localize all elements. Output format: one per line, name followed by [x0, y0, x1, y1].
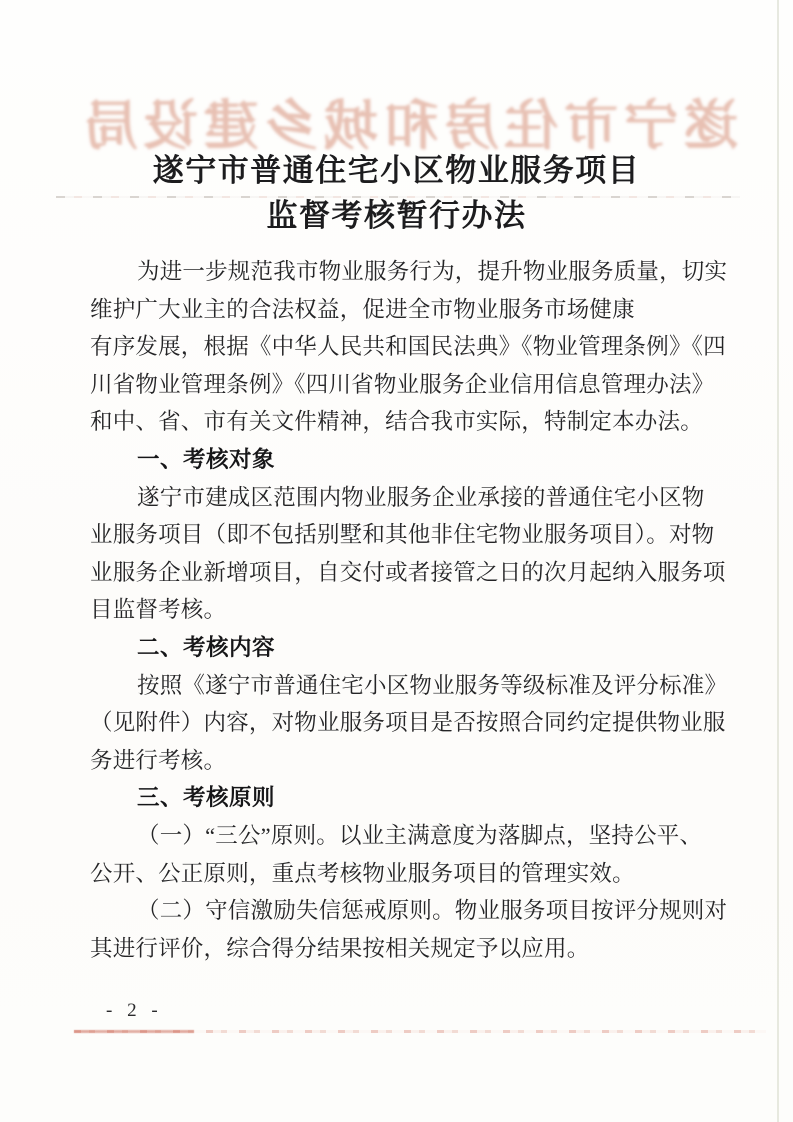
- section-heading-3: 三、考核原则: [90, 779, 702, 817]
- text-line: 维护广大业主的合法权益，促进全市物业服务市场健康: [90, 291, 702, 329]
- section-heading-1: 一、考核对象: [90, 441, 702, 479]
- text-line: 和中、省、市有关文件精神，结合我市实际，特制定本办法。: [90, 403, 702, 441]
- document-title-line-2: 监督考核暂行办法: [0, 190, 793, 235]
- bleedthrough-red-rule: [74, 1030, 766, 1033]
- text-line: 业服务企业新增项目，自交付或者接管之日的次月起纳入服务项: [90, 554, 702, 592]
- section-heading-2: 二、考核内容: [90, 629, 702, 667]
- scanned-document-page: 遂宁市住房和城乡建设局 遂宁市普通住宅小区物业服务项目 监督考核暂行办法 为进一…: [0, 0, 793, 1122]
- text-line: （见附件）内容，对物业服务项目是否按照合同约定提供物业服: [90, 704, 702, 742]
- text-line: 其进行评价，综合得分结果按相关规定予以应用。: [90, 930, 702, 968]
- text-line: （一）“三公”原则。以业主满意度为落脚点，坚持公平、: [90, 817, 702, 855]
- document-body: 为进一步规范我市物业服务行为，提升物业服务质量，切实 维护广大业主的合法权益，促…: [90, 253, 702, 967]
- document-title-line-1: 遂宁市普通住宅小区物业服务项目: [0, 145, 793, 190]
- text-line: 公开、公正原则，重点考核物业服务项目的管理实效。: [90, 855, 702, 893]
- text-line: 遂宁市建成区范围内物业服务企业承接的普通住宅小区物: [90, 479, 702, 517]
- text-line: 务进行考核。: [90, 742, 702, 780]
- text-line: 目监督考核。: [90, 591, 702, 629]
- page-number: - 2 -: [106, 1000, 163, 1022]
- text-line: 按照《遂宁市普通住宅小区物业服务等级标准及评分标准》: [90, 667, 702, 705]
- text-line: （二）守信激励失信惩戒原则。物业服务项目按评分规则对: [90, 892, 702, 930]
- text-line: 为进一步规范我市物业服务行为，提升物业服务质量，切实: [90, 253, 702, 291]
- text-line: 业服务项目（即不包括别墅和其他非住宅物业服务项目）。对物: [90, 516, 702, 554]
- text-line: 有序发展，根据《中华人民共和国民法典》《物业管理条例》《四: [90, 328, 702, 366]
- text-line: 川省物业管理条例》《四川省物业服务企业信用信息管理办法》: [90, 366, 702, 404]
